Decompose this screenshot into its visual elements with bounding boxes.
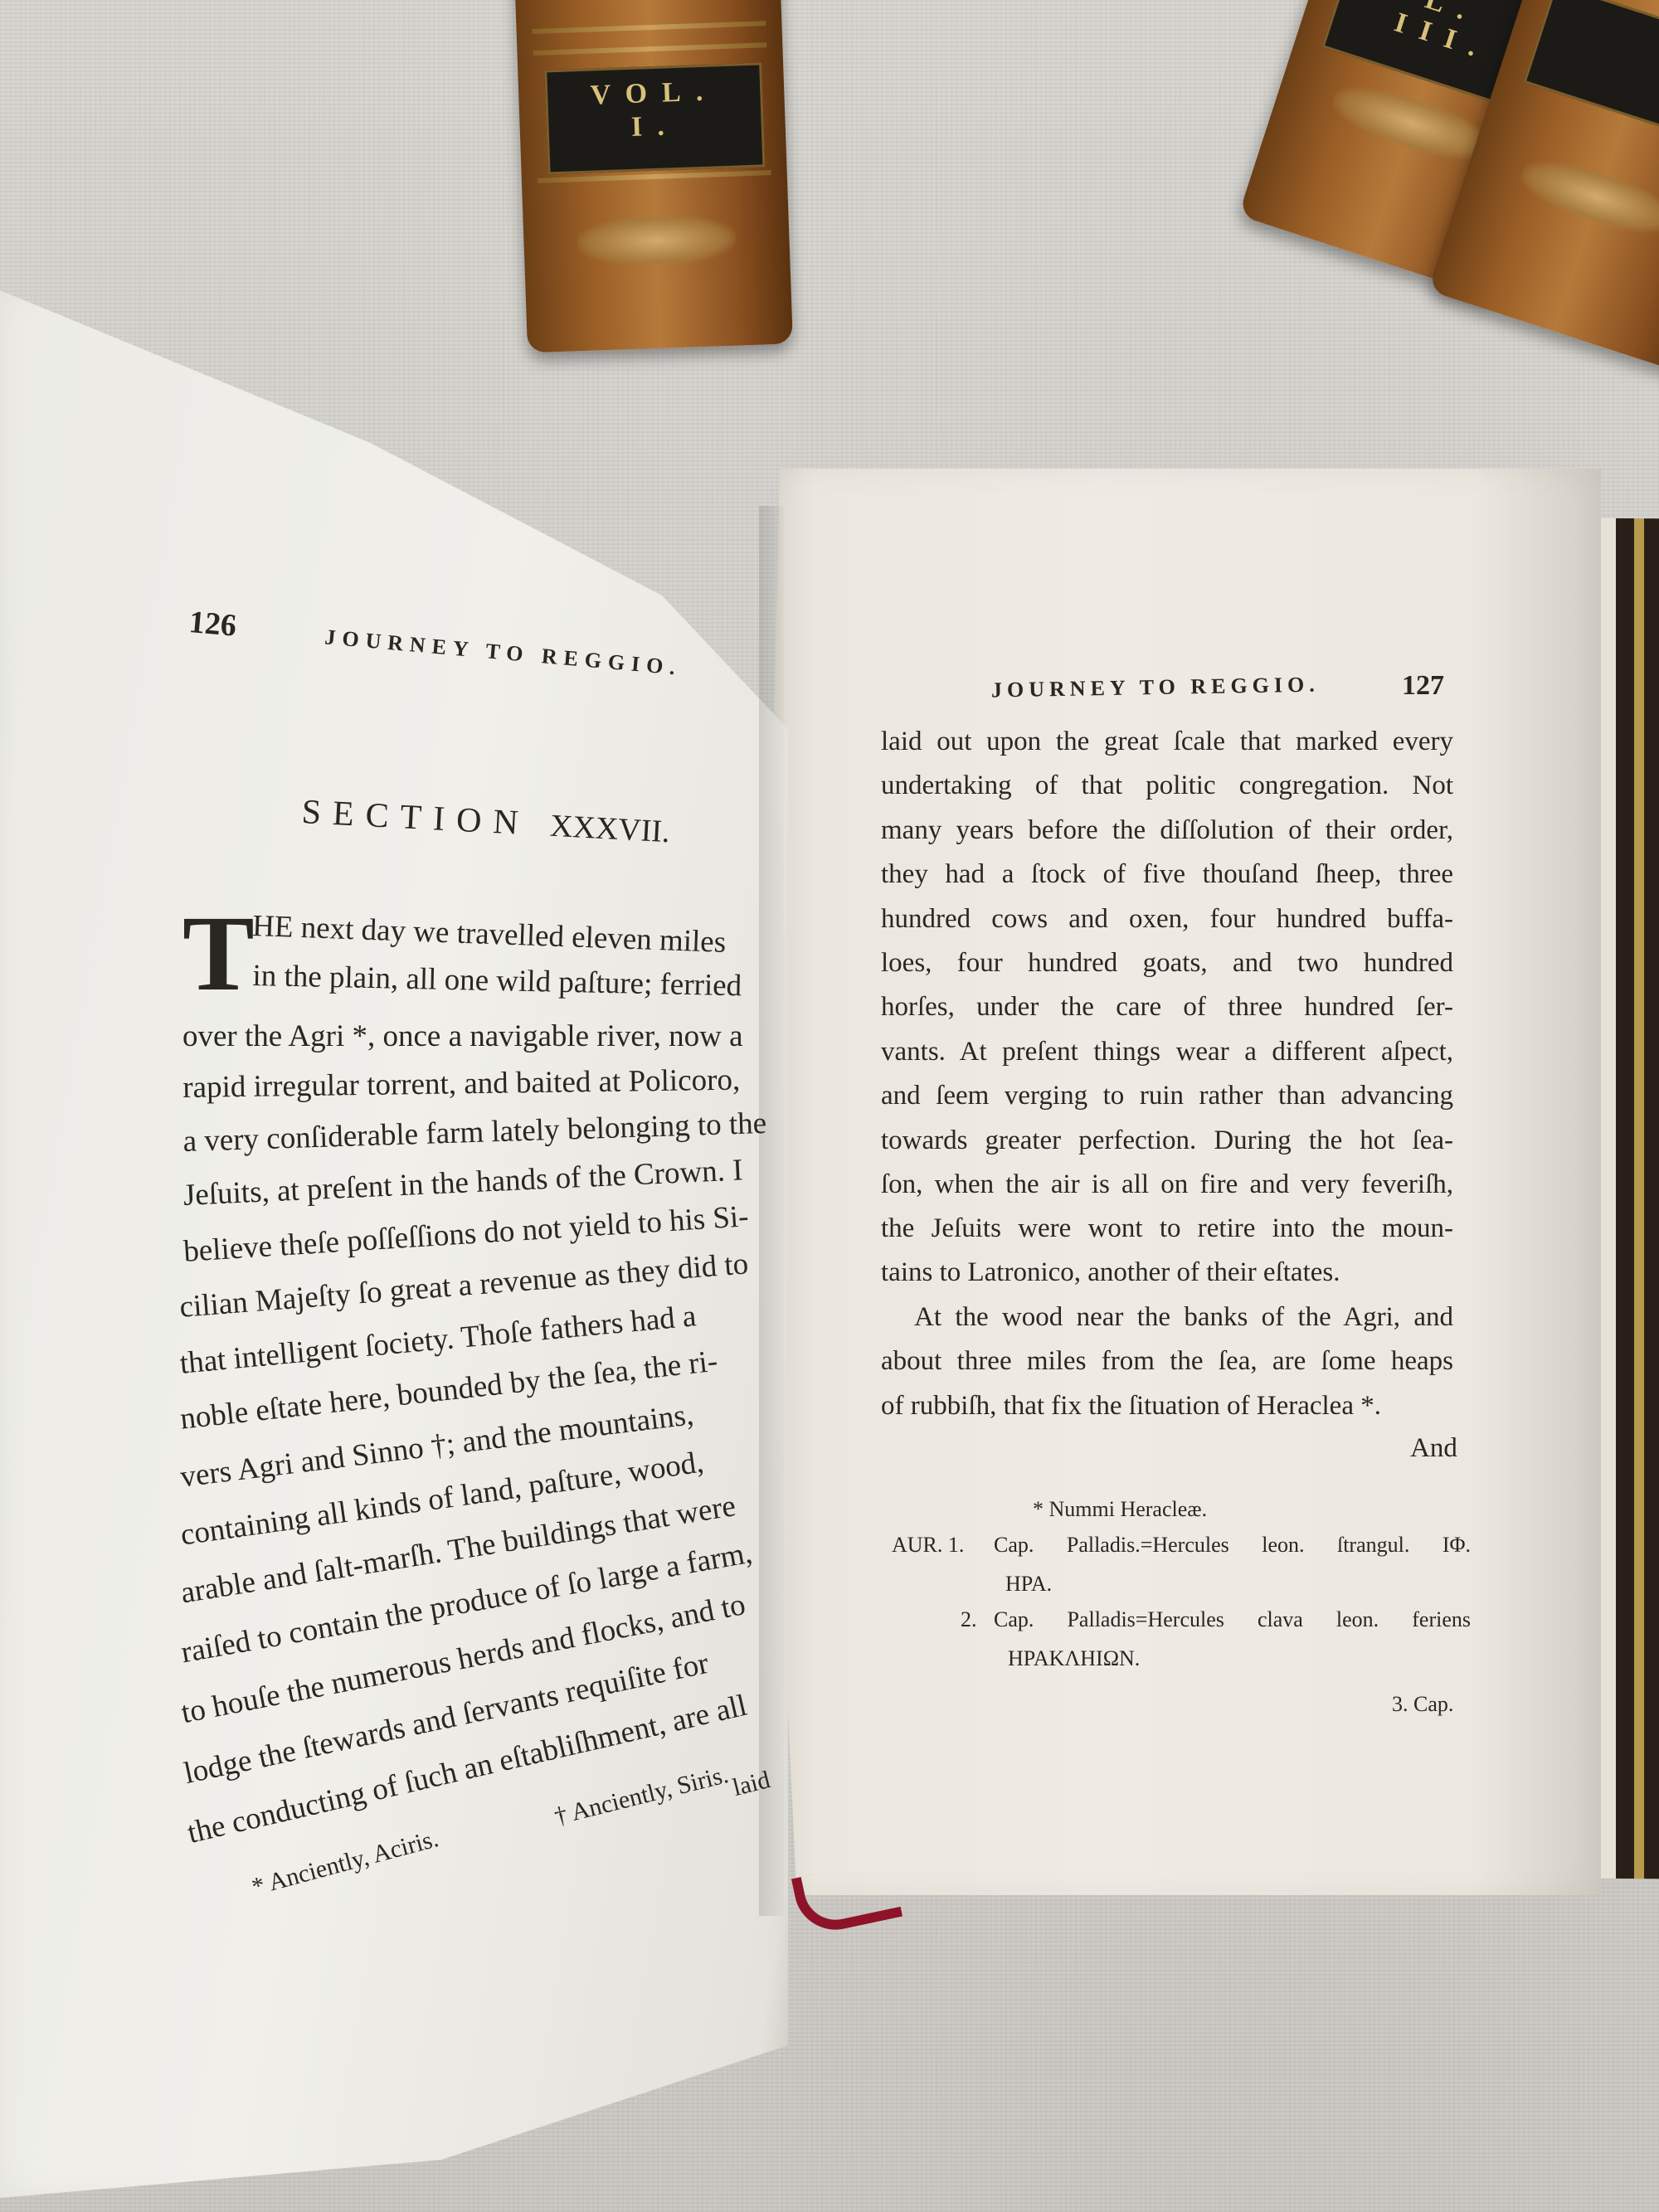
footnote-legend: HPAKΛHIΩN. <box>1008 1646 1140 1671</box>
spine-band <box>533 21 766 34</box>
right-catchword: And <box>1410 1433 1457 1464</box>
text-line: the Jeſuits were wont to retire into the… <box>881 1213 1453 1244</box>
right-page-number: 127 <box>1402 670 1444 702</box>
spine-label-line2: I. <box>548 106 762 147</box>
footnote-heading: * Nummi Heracleæ. <box>1033 1497 1207 1522</box>
text-line: they had a ſtock of five thouſand ſheep,… <box>881 859 1453 890</box>
text-line: tains to Latronico, another of their eſt… <box>881 1257 1453 1288</box>
left-page-number: 126 <box>187 605 237 644</box>
text-line: laid out upon the great ſcale that marke… <box>881 727 1453 757</box>
text-line: of rubbiſh, that fix the ſituation of He… <box>881 1391 1453 1422</box>
spine-label: VOL. I. <box>544 62 766 174</box>
footnote-legend: HPA. <box>1005 1572 1052 1597</box>
spine-label <box>1523 0 1659 149</box>
text-line: hundred cows and oxen, four hundred buff… <box>881 904 1453 935</box>
text-line: At the wood near the banks of the Agri, … <box>914 1302 1453 1333</box>
footnote-entry-prefix: 2. <box>961 1607 977 1632</box>
footnote-entry-prefix: AUR. 1. <box>892 1533 964 1558</box>
text-line: ſon, when the air is all on fire and ver… <box>881 1169 1453 1200</box>
text-line: many years before the diſſolution of the… <box>881 815 1453 846</box>
text-line: undertaking of that politic congregation… <box>881 771 1453 801</box>
footnote-entry: Cap. Palladis=Hercules clava leon. ferie… <box>994 1607 1471 1632</box>
spine-ornament <box>577 213 737 269</box>
book-cover-edge <box>1601 518 1659 1879</box>
text-line: loes, four hundred goats, and two hundre… <box>881 948 1453 979</box>
text-line: horſes, under the care of three hundred … <box>881 992 1453 1023</box>
section-number: XXXVII. <box>549 809 671 850</box>
text-line: vants. At preſent things wear a differen… <box>881 1037 1453 1067</box>
book-spine-vol-1: VOL. I. <box>514 0 793 352</box>
text-line: about three miles from the ſea, are ſome… <box>881 1346 1453 1377</box>
spine-band <box>533 42 767 56</box>
drop-cap: T <box>182 900 255 1008</box>
book-gutter <box>759 506 784 1916</box>
text-line: over the Agri *, once a navigable river,… <box>182 1018 743 1054</box>
text-line: and ſeem verging to ruin rather than adv… <box>881 1081 1453 1111</box>
text-line: towards greater perfection. During the h… <box>881 1125 1453 1156</box>
footnote-entry: Cap. Palladis.=Hercules leon. ſtrangul. … <box>994 1533 1471 1558</box>
footnote-catchword: 3. Cap. <box>1392 1692 1453 1717</box>
spine-ornament <box>1515 149 1659 246</box>
